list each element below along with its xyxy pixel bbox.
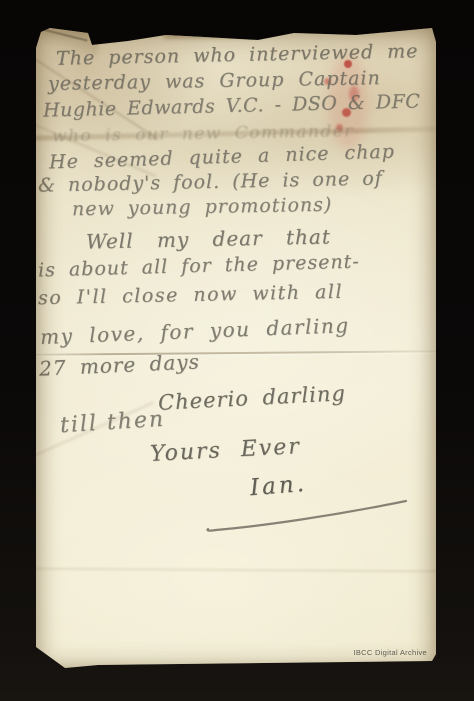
letter-line: Well my dear that	[86, 224, 331, 253]
letter-line: so I'll close now with all	[38, 281, 343, 309]
torn-top-edge	[164, 27, 260, 38]
archive-watermark: IBCC Digital Archive	[353, 648, 427, 657]
letter-line: Hughie Edwards V.C. - DSO & DFC	[43, 90, 421, 121]
letter-line: is about all for the present-	[38, 251, 360, 282]
letter-signature: Ian.	[249, 471, 308, 501]
letter-line: new young promotions)	[72, 194, 333, 221]
letter-line: yesterday was Group Captain	[48, 67, 381, 95]
letter-line: 27 more days	[39, 349, 201, 380]
photo-background: The person who interviewed me yesterday …	[0, 0, 474, 701]
letter-line-valediction: Yours Ever	[149, 434, 301, 467]
letter-page: The person who interviewed me yesterday …	[36, 28, 436, 668]
letter-line-closing: Cheerio darling	[158, 381, 347, 415]
crease-line	[36, 568, 436, 573]
fold-pencil-mark	[42, 28, 87, 41]
signature-flourish-icon	[202, 496, 416, 536]
letter-line: The person who interviewed me	[56, 40, 419, 70]
letter-line: my love, for you darling	[40, 313, 350, 349]
letter-line-closing: till then	[59, 407, 166, 439]
